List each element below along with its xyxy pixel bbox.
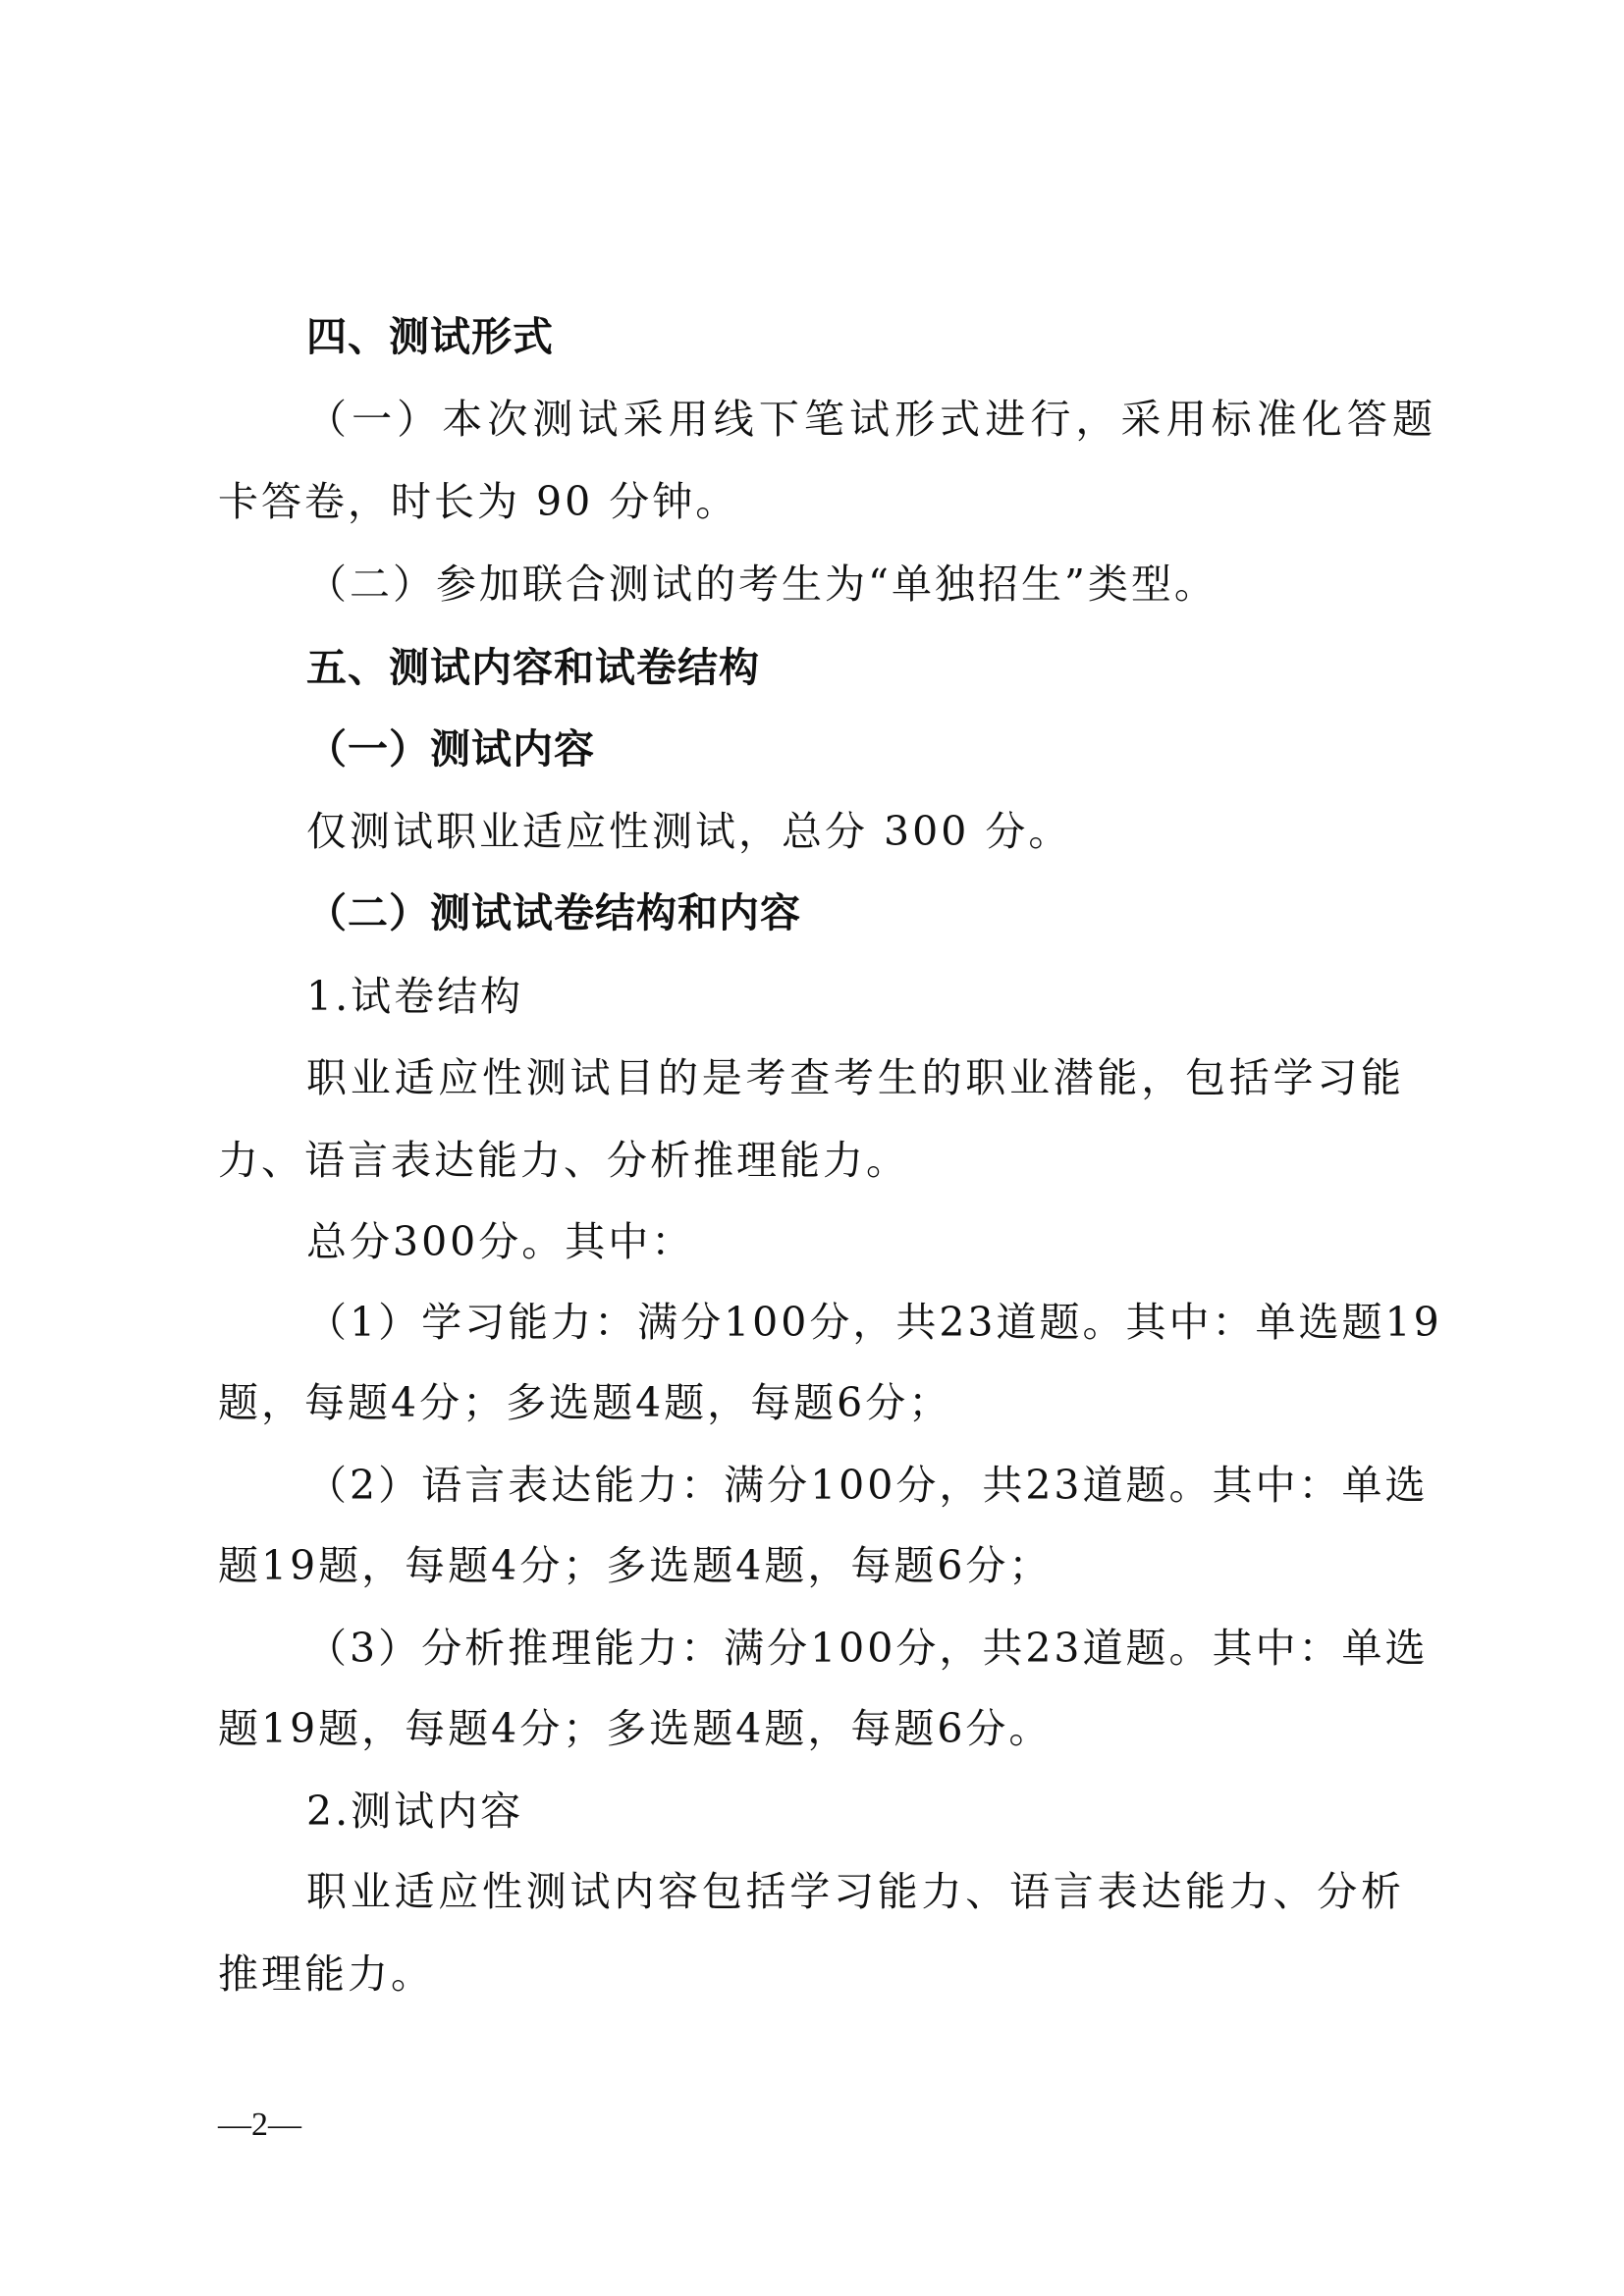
part-reasoning-ability-line2: 题19题，每题4分；多选题4题，每题6分。 xyxy=(218,1704,1052,1753)
paragraph-test-mode-line1: （一）本次测试采用线下笔试形式进行，采用标准化答题 xyxy=(306,395,1435,444)
item-title-paper-structure: 1.试卷结构 xyxy=(306,972,523,1021)
paragraph-total-breakdown: 总分300分。其中： xyxy=(306,1217,694,1266)
paragraph-candidate-type: （二）参加联合测试的考生为“单独招生”类型。 xyxy=(306,560,1218,609)
section-heading-test-format: 四、测试形式 xyxy=(306,312,554,361)
paragraph-content-line2: 推理能力。 xyxy=(218,1949,434,1999)
paragraph-test-mode-line2: 卡答卷，时长为 90 分钟。 xyxy=(218,477,738,526)
paragraph-purpose-line2: 力、语言表达能力、分析推理能力。 xyxy=(218,1136,909,1185)
page-number: —2— xyxy=(218,2106,301,2145)
part-learning-ability-line1: （1）学习能力：满分100分，共23道题。其中：单选题19 xyxy=(306,1298,1404,1347)
paragraph-total-score: 仅测试职业适应性测试，总分 300 分。 xyxy=(306,807,1071,856)
subheading-paper-structure: （二）测试试卷结构和内容 xyxy=(306,888,801,937)
paragraph-purpose-line1: 职业适应性测试目的是考查考生的职业潜能，包括学习能 xyxy=(306,1053,1404,1102)
part-learning-ability-line2: 题，每题4分；多选题4题，每题6分； xyxy=(218,1378,951,1427)
part-reasoning-ability-line1: （3）分析推理能力：满分100分，共23道题。其中：单选 xyxy=(306,1624,1404,1673)
subheading-test-content: （一）测试内容 xyxy=(306,724,595,774)
document-page: 四、测试形式 （一）本次测试采用线下笔试形式进行，采用标准化答题 卡答卷，时长为… xyxy=(0,0,1624,2296)
item-title-test-content: 2.测试内容 xyxy=(306,1787,523,1836)
part-language-ability-line1: （2）语言表达能力：满分100分，共23道题。其中：单选 xyxy=(306,1461,1404,1510)
part-language-ability-line2: 题19题，每题4分；多选题4题，每题6分； xyxy=(218,1541,1052,1590)
paragraph-content-line1: 职业适应性测试内容包括学习能力、语言表达能力、分析 xyxy=(306,1867,1404,1916)
section-heading-content-structure: 五、测试内容和试卷结构 xyxy=(306,643,760,692)
